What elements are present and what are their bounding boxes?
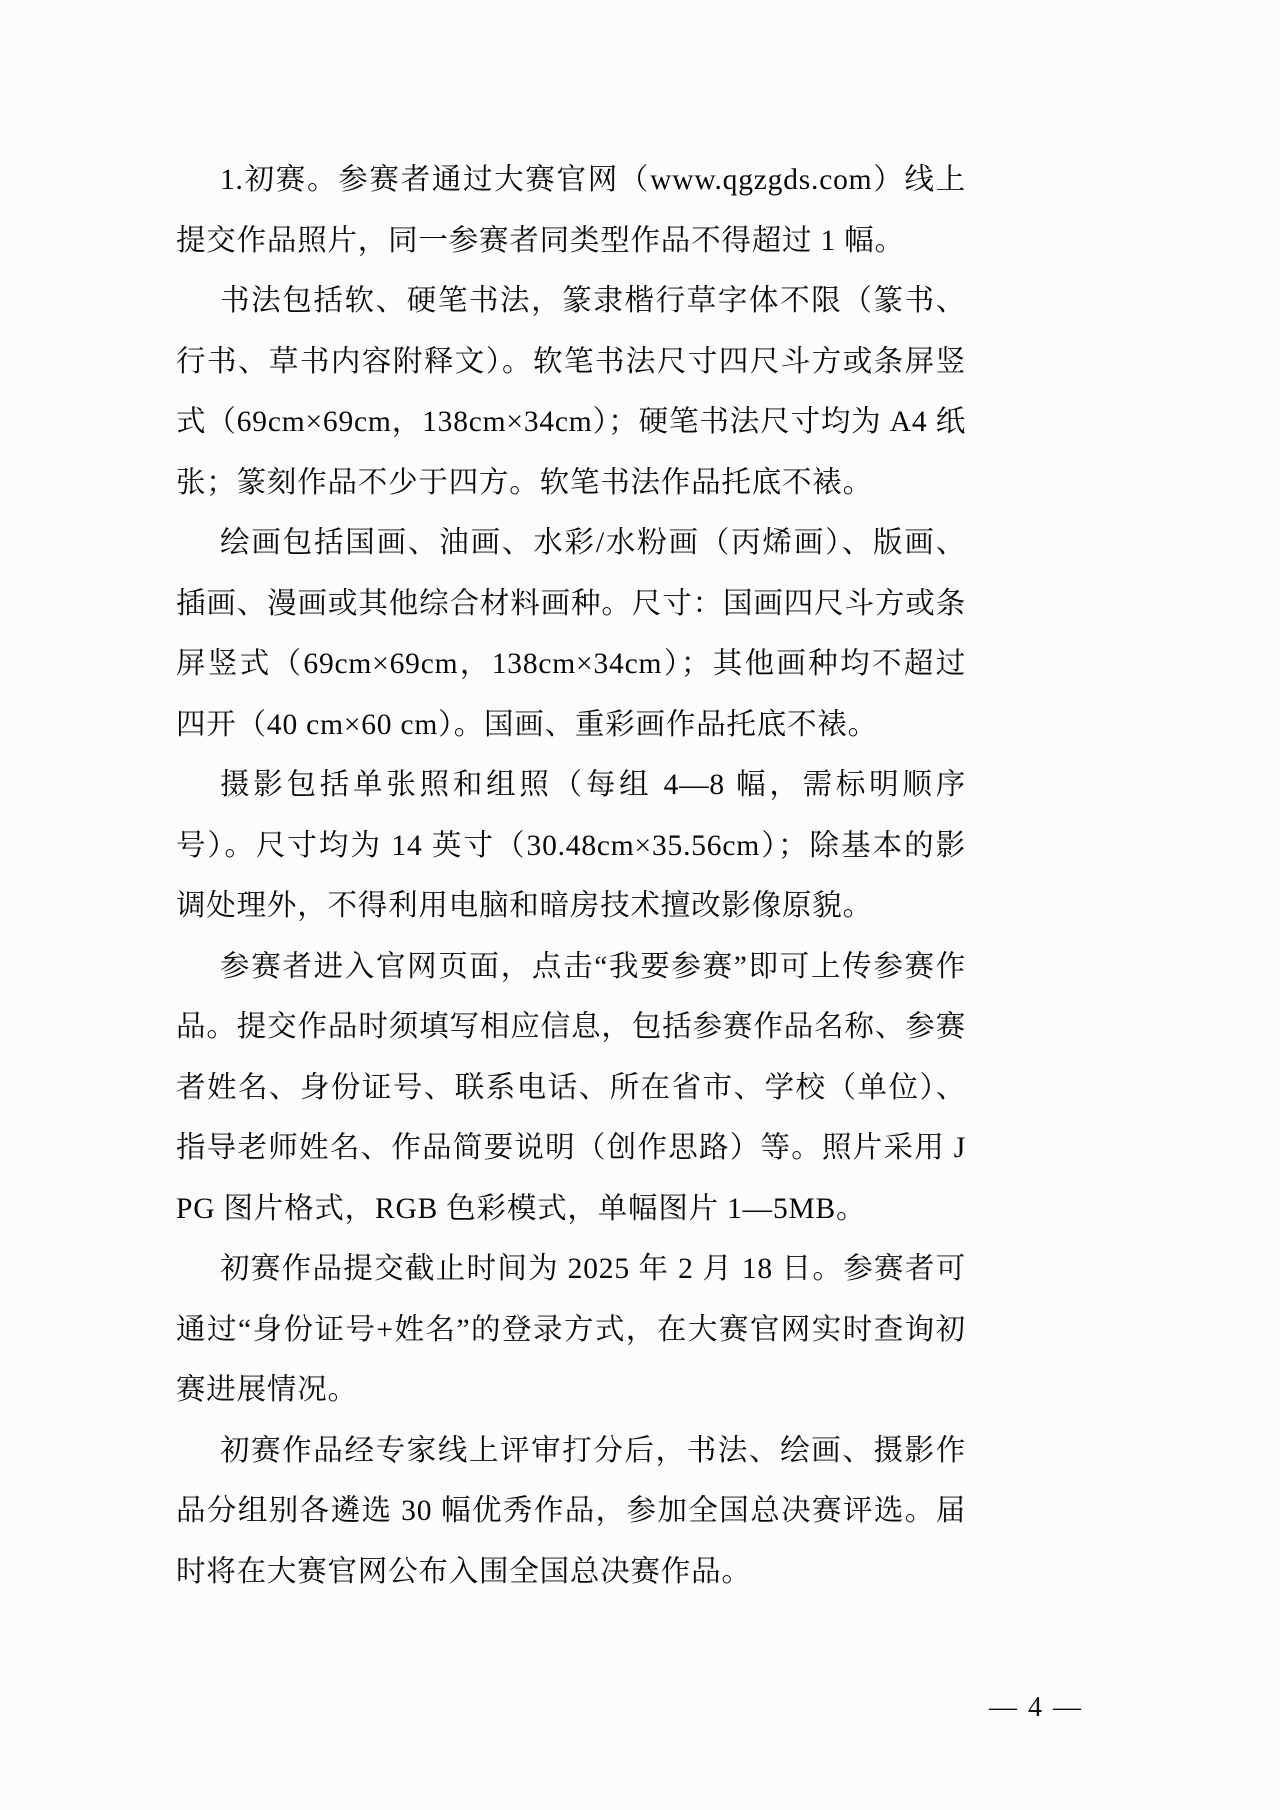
paragraph-judging-info: 初赛作品经专家线上评审打分后，书法、绘画、摄影作品分组别各遴选 30 幅优秀作品… bbox=[176, 1421, 966, 1603]
paragraph-painting-requirements: 绘画包括国画、油画、水彩/水粉画（丙烯画）、版画、插画、漫画或其他综合材料画种。… bbox=[176, 513, 966, 755]
paragraph-calligraphy-requirements: 书法包括软、硬笔书法，篆隶楷行草字体不限（篆书、行书、草书内容附释文）。软笔书法… bbox=[176, 271, 966, 513]
paragraph-deadline-info: 初赛作品提交截止时间为 2025 年 2 月 18 日。参赛者可通过“身份证号+… bbox=[176, 1239, 966, 1421]
document-page: 1.初赛。参赛者通过大赛官网（www.qgzgds.com）线上提交作品照片，同… bbox=[0, 0, 1280, 1810]
paragraph-photography-requirements: 摄影包括单张照和组照（每组 4—8 幅，需标明顺序号）。尺寸均为 14 英寸（3… bbox=[176, 755, 966, 937]
paragraph-submission-info: 参赛者进入官网页面，点击“我要参赛”即可上传参赛作品。提交作品时须填写相应信息，… bbox=[176, 937, 966, 1240]
page-number: — 4 — bbox=[989, 1692, 1083, 1724]
paragraph-preliminary-round-intro: 1.初赛。参赛者通过大赛官网（www.qgzgds.com）线上提交作品照片，同… bbox=[176, 150, 966, 271]
document-body: 1.初赛。参赛者通过大赛官网（www.qgzgds.com）线上提交作品照片，同… bbox=[176, 150, 966, 1602]
